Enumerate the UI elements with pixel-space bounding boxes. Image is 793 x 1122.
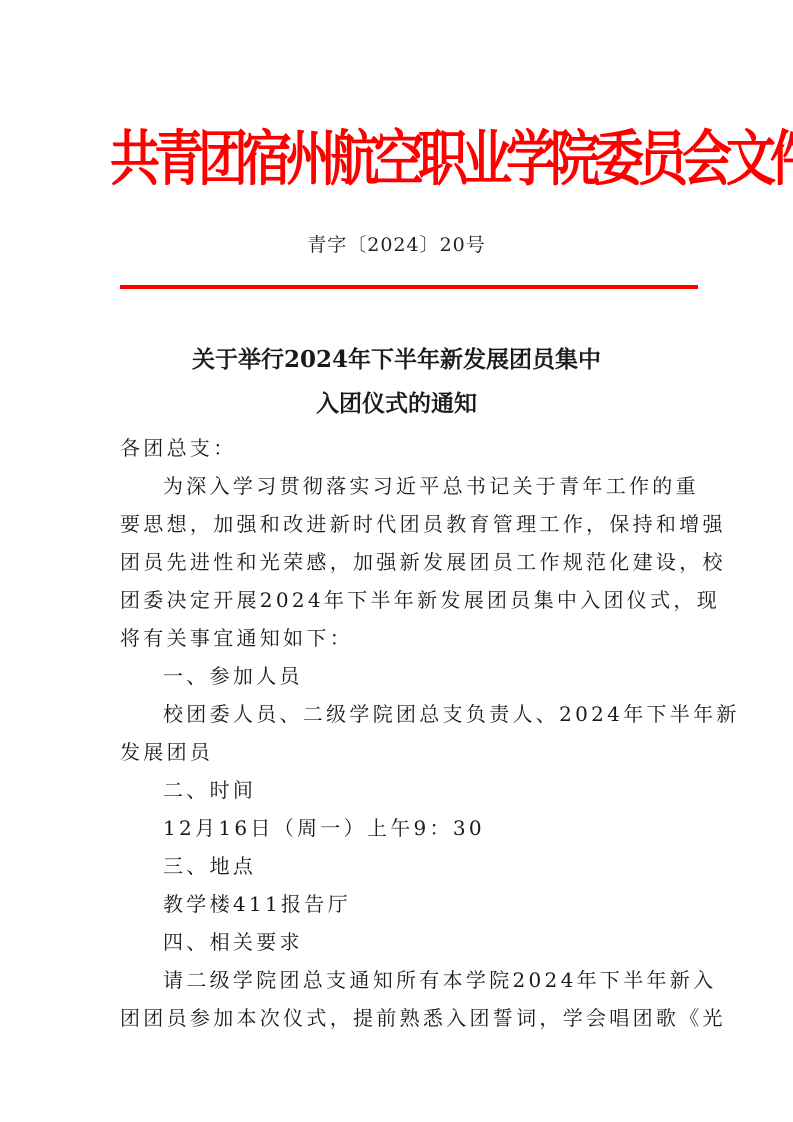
notice-title-line-2: 入团仪式的通知 bbox=[0, 385, 793, 418]
document-page: 共青团宿州航空职业学院委员会文件 青字〔2024〕20号 关于举行2024年下半… bbox=[0, 0, 793, 1122]
salutation: 各团总支： bbox=[120, 432, 680, 461]
red-divider-rule bbox=[120, 285, 698, 289]
intro-line: 团委决定开展2024年下半年新发展团员集中入团仪式，现 bbox=[120, 584, 680, 613]
section-line: 团团员参加本次仪式，提前熟悉入团誓词，学会唱团歌《光 bbox=[120, 1002, 680, 1031]
notice-title-line-1: 关于举行2024年下半年新发展团员集中 bbox=[0, 341, 793, 374]
section-heading-time: 二、时间 bbox=[163, 774, 723, 803]
section-heading-location: 三、地点 bbox=[163, 850, 723, 879]
document-number: 青字〔2024〕20号 bbox=[0, 230, 793, 257]
issuer-header: 共青团宿州航空职业学院委员会文件 bbox=[110, 110, 720, 208]
section-heading-participants: 一、参加人员 bbox=[163, 660, 723, 689]
section-line: 12月16日（周一）上午9：30 bbox=[163, 812, 723, 841]
section-line: 发展团员 bbox=[120, 736, 680, 765]
section-line: 请二级学院团总支通知所有本学院2024年下半年新入 bbox=[163, 964, 723, 993]
section-line: 校团委人员、二级学院团总支负责人、2024年下半年新 bbox=[163, 698, 723, 727]
intro-line: 要思想，加强和改进新时代团员教育管理工作，保持和增强 bbox=[120, 508, 680, 537]
intro-line: 将有关事宜通知如下： bbox=[120, 622, 680, 651]
section-line: 教学楼411报告厅 bbox=[163, 888, 723, 917]
intro-line: 为深入学习贯彻落实习近平总书记关于青年工作的重 bbox=[163, 470, 723, 499]
intro-line: 团员先进性和光荣感，加强新发展团员工作规范化建设，校 bbox=[120, 546, 680, 575]
section-heading-requirements: 四、相关要求 bbox=[163, 926, 723, 955]
